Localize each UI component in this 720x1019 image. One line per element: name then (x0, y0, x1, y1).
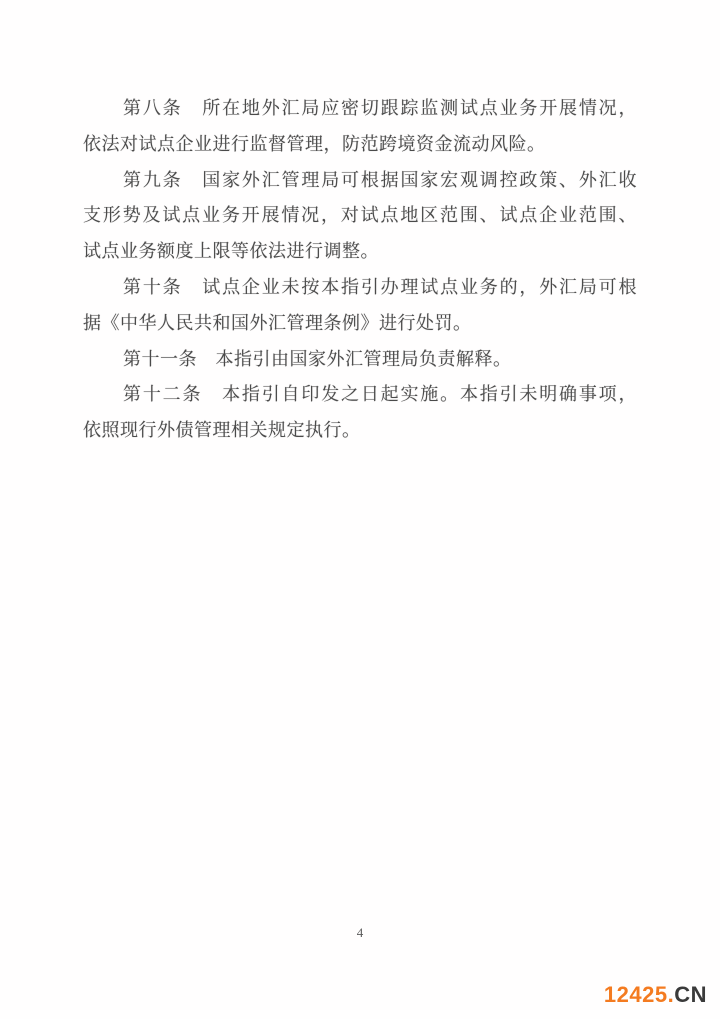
document-line: 第九条 国家外汇管理局可根据国家宏观调控政策、外汇收 (83, 163, 637, 199)
document-line: 第十二条 本指引自印发之日起实施。本指引未明确事项， (83, 377, 637, 413)
document-line: 据《中华人民共和国外汇管理条例》进行处罚。 (83, 306, 637, 342)
document-line: 试点业务额度上限等依法进行调整。 (83, 234, 637, 270)
page-number: 4 (0, 925, 720, 941)
document-line: 第十条 试点企业未按本指引办理试点业务的，外汇局可根 (83, 270, 637, 306)
watermark-tld: CN (674, 982, 707, 1007)
document-line: 第十一条 本指引由国家外汇管理局负责解释。 (83, 342, 637, 378)
document-line: 支形势及试点业务开展情况，对试点地区范围、试点企业范围、 (83, 198, 637, 234)
watermark: 12425.CN (604, 982, 707, 1008)
watermark-site: 12425. (604, 982, 674, 1007)
document-line: 依照现行外债管理相关规定执行。 (83, 413, 637, 449)
document-line: 依法对试点企业进行监督管理，防范跨境资金流动风险。 (83, 127, 637, 163)
document-page: 第八条 所在地外汇局应密切跟踪监测试点业务开展情况，依法对试点企业进行监督管理，… (0, 0, 720, 1019)
document-line: 第八条 所在地外汇局应密切跟踪监测试点业务开展情况， (83, 91, 637, 127)
document-body: 第八条 所在地外汇局应密切跟踪监测试点业务开展情况，依法对试点企业进行监督管理，… (83, 91, 637, 449)
